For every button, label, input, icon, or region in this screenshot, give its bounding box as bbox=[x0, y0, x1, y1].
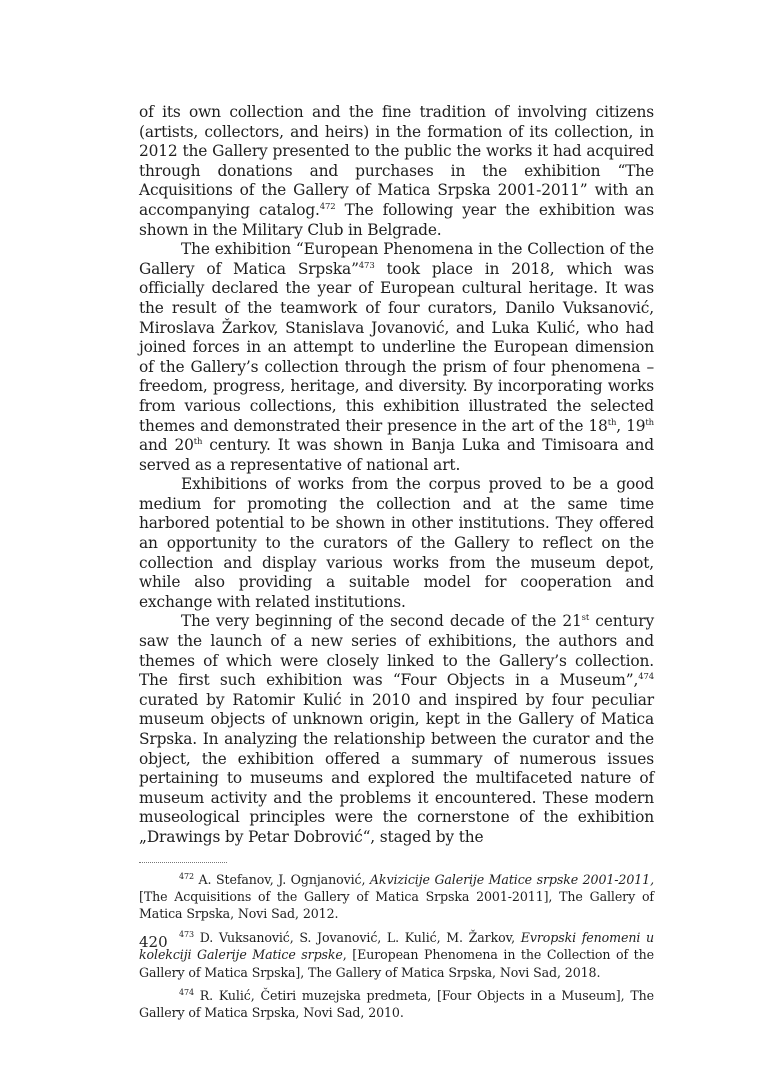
paragraph: Exhibitions of works from the corpus pro… bbox=[139, 475, 654, 612]
body-text: of its own collection and the fine tradi… bbox=[139, 103, 654, 848]
footnote: 473 D. Vuksanović, S. Jovanović, L. Kuli… bbox=[139, 929, 654, 981]
footnote-separator bbox=[139, 862, 227, 863]
footnote-number: 473 bbox=[179, 930, 194, 939]
paragraph: The exhibition “European Phenomena in th… bbox=[139, 240, 654, 475]
paragraph: of its own collection and the fine tradi… bbox=[139, 103, 654, 240]
footnote-reference: 472 bbox=[320, 202, 336, 212]
footnote-reference: st bbox=[582, 613, 589, 623]
footnote: 472 A. Stefanov, J. Ognjanović, Akvizici… bbox=[139, 871, 654, 923]
footnote-reference: th bbox=[608, 418, 617, 428]
footnote: 474 R. Kulić, Četiri muzejska predmeta, … bbox=[139, 987, 654, 1022]
footnote-reference: th bbox=[645, 418, 654, 428]
footnote-number: 472 bbox=[179, 872, 194, 881]
italic-title: Akvizicije Galerije Matice srpske 2001-2… bbox=[370, 872, 654, 887]
footnote-number: 474 bbox=[179, 988, 194, 997]
paragraph: The very beginning of the second decade … bbox=[139, 612, 654, 847]
footnotes: 472 A. Stefanov, J. Ognjanović, Akvizici… bbox=[139, 871, 654, 1022]
document-page: of its own collection and the fine tradi… bbox=[139, 103, 654, 1028]
footnote-reference: 473 bbox=[359, 261, 375, 271]
footnote-reference: 474 bbox=[638, 672, 654, 682]
footnote-reference: th bbox=[194, 437, 203, 447]
italic-title: Evropski fenomeni u kolekciji Galerije M… bbox=[139, 930, 654, 962]
page-number: 420 bbox=[139, 933, 168, 951]
